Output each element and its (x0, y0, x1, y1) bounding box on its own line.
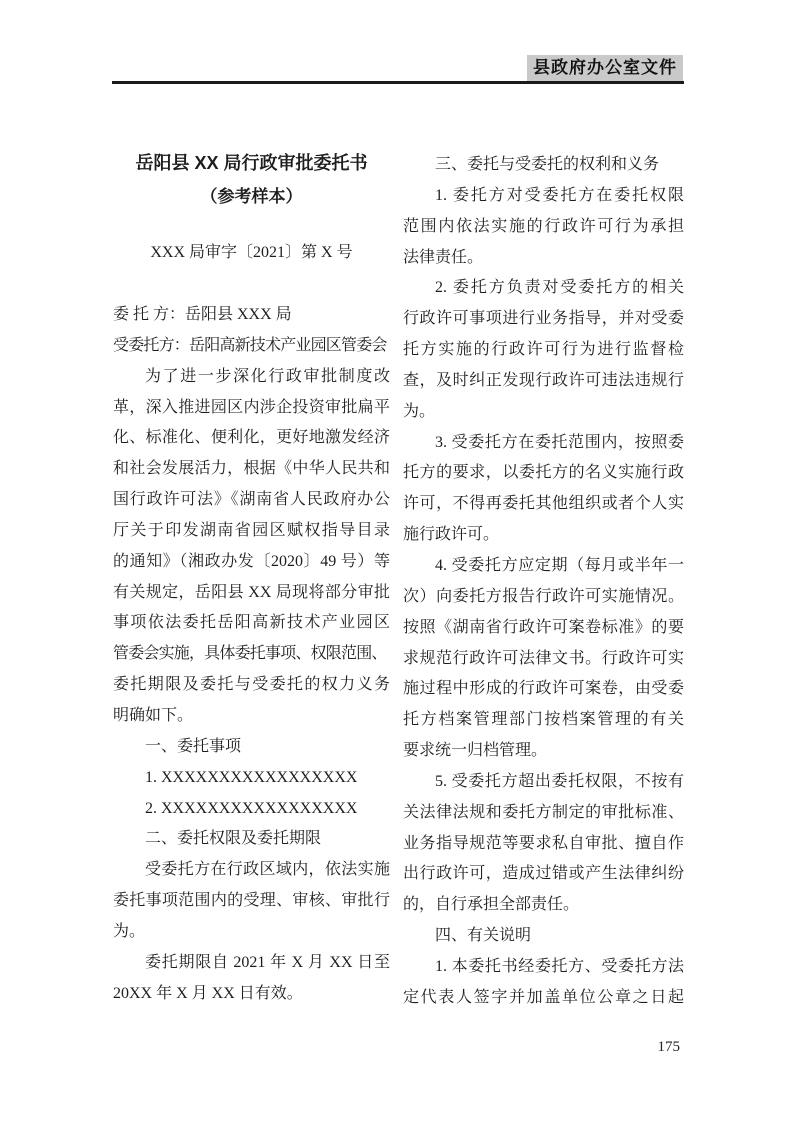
document-page: 县政府办公室文件 岳阳县 XX 局行政审批委托书 （参考样本） XXX 局审字〔… (0, 0, 793, 1122)
left-column-body: 委 托 方：岳阳县 XXX 局受委托方：岳阳高新技术产业园区管委会为了进一步深化… (113, 300, 390, 1009)
page-number: 175 (658, 1038, 681, 1056)
text-line: 1. XXXXXXXXXXXXXXXXX (113, 763, 390, 794)
text-line: 委托事项范围内的受理、审核、审批行 (113, 886, 390, 917)
text-line: 20XX 年 X 月 XX 日有效。 (113, 979, 390, 1010)
text-line: 范围内依法实施的行政许可行为承担 (403, 212, 684, 243)
text-line: 为。 (403, 397, 684, 428)
text-line: 委托期限自 2021 年 X 月 XX 日至 (113, 948, 390, 979)
text-line: 2. XXXXXXXXXXXXXXXXX (113, 794, 390, 825)
text-line: 查，及时纠正发现行政许可违法违规行 (403, 366, 684, 397)
text-line: 的通知》（湘政办发〔2020〕49 号）等 (113, 547, 390, 578)
text-line: 2. 委托方负责对受委托方的相关 (403, 273, 684, 304)
text-line: 出行政许可，造成过错或产生法律纠纷 (403, 859, 684, 890)
document-number: XXX 局审字〔2021〕第 X 号 (113, 236, 390, 270)
right-column: 三、委托与受委托的权利和义务1. 委托方对受委托方在委托权限范围内依法实施的行政… (403, 150, 684, 1014)
text-line: 委托期限及委托与受委托的权力义务 (113, 670, 390, 701)
text-line: 1. 委托方对受委托方在委托权限 (403, 181, 684, 212)
text-line: 5. 受委托方超出委托权限，不按有 (403, 767, 684, 798)
text-line: 管委会实施，具体委托事项、权限范围、 (113, 639, 390, 670)
text-line: 化、标准化、便利化，更好地激发经济 (113, 423, 390, 454)
text-line: 受委托方在行政区域内，依法实施 (113, 855, 390, 886)
text-line: 二、委托权限及委托期限 (113, 824, 390, 855)
text-line: 4. 受委托方应定期（每月或半年一 (403, 551, 684, 582)
text-line: 定代表人签字并加盖单位公章之日起 (403, 983, 684, 1014)
text-line: 求规范行政许可法律文书。行政许可实 (403, 644, 684, 675)
text-line: 三、委托与受委托的权利和义务 (403, 150, 684, 181)
document-title: 岳阳县 XX 局行政审批委托书 (113, 146, 390, 180)
text-line: 托方的要求，以委托方的名义实施行政 (403, 458, 684, 489)
text-line: 有关规定，岳阳县 XX 局现将部分审批 (113, 578, 390, 609)
text-line: 要求统一归档管理。 (403, 736, 684, 767)
text-line: 托方实施的行政许可行为进行监督检 (403, 335, 684, 366)
text-line: 1. 本委托书经委托方、受委托方法 (403, 952, 684, 983)
text-line: 国行政许可法》《湖南省人民政府办公 (113, 485, 390, 516)
text-line: 为了进一步深化行政审批制度改 (113, 362, 390, 393)
text-line: 一、委托事项 (113, 732, 390, 763)
text-line: 革，深入推进园区内涉企投资审批扁平 (113, 393, 390, 424)
text-line: 委 托 方：岳阳县 XXX 局 (113, 300, 390, 331)
text-line: 法律责任。 (403, 243, 684, 274)
left-column: 岳阳县 XX 局行政审批委托书 （参考样本） XXX 局审字〔2021〕第 X … (113, 146, 390, 1009)
text-line: 和社会发展活力，根据《中华人民共和 (113, 454, 390, 485)
text-line: 的，自行承担全部责任。 (403, 890, 684, 921)
text-line: 厅关于印发湖南省园区赋权指导目录 (113, 516, 390, 547)
text-line: 四、有关说明 (403, 921, 684, 952)
text-line: 施行政许可。 (403, 520, 684, 551)
text-line: 关法律法规和委托方制定的审批标准、 (403, 798, 684, 829)
text-line: 业务指导规范等要求私自审批、擅自作 (403, 829, 684, 860)
text-line: 受委托方：岳阳高新技术产业园区管委会 (113, 331, 390, 362)
text-line: 3. 受委托方在委托范围内，按照委 (403, 428, 684, 459)
text-line: 许可，不得再委托其他组织或者个人实 (403, 489, 684, 520)
text-line: 托方档案管理部门按档案管理的有关 (403, 705, 684, 736)
document-subtitle: （参考样本） (113, 180, 390, 214)
header-category-label: 县政府办公室文件 (527, 55, 683, 81)
text-line: 行政许可事项进行业务指导，并对受委 (403, 304, 684, 335)
text-line: 事项依法委托岳阳高新技术产业园区 (113, 608, 390, 639)
header-rule (112, 81, 684, 84)
text-line: 次）向委托方报告行政许可实施情况。 (403, 582, 684, 613)
text-line: 为。 (113, 917, 390, 948)
text-line: 按照《湖南省行政许可案卷标准》的要 (403, 613, 684, 644)
text-line: 施过程中形成的行政许可案卷，由受委 (403, 674, 684, 705)
text-line: 明确如下。 (113, 701, 390, 732)
